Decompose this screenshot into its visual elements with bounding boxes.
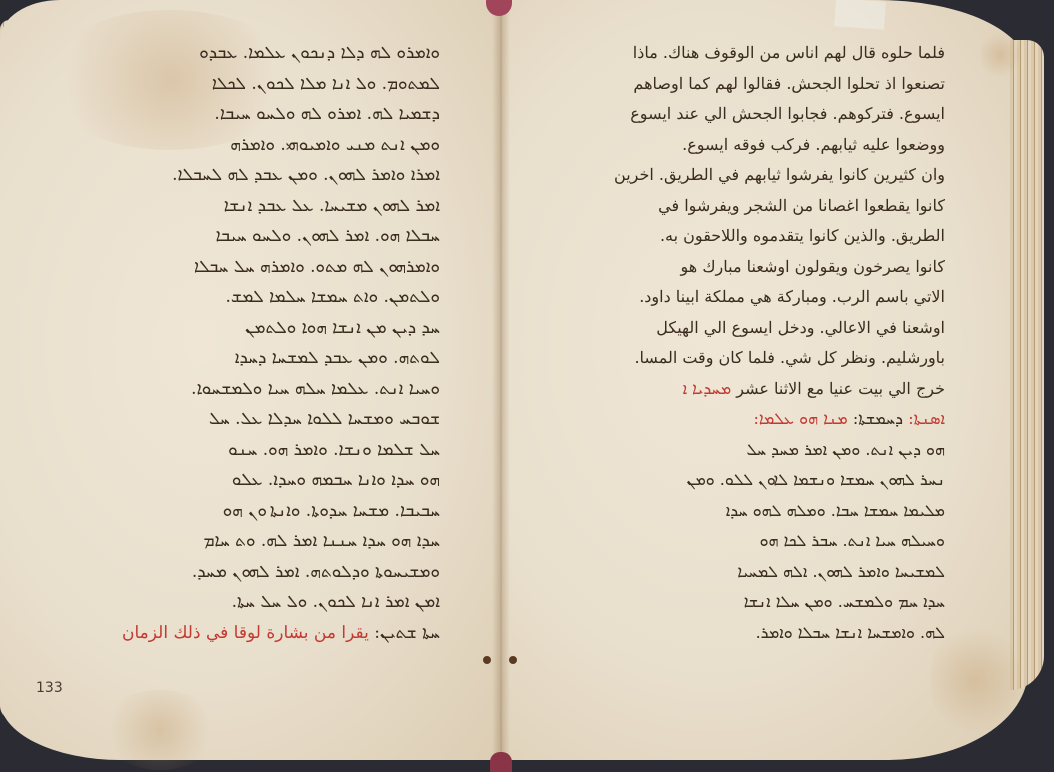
text-line: ܗܘ ܚܕܐ ܘܐܢܐ ܚܒܡܗ ܘܚܕܐ. ܥܠܘ [40,465,440,496]
sewing-hole [483,656,491,664]
text-line: باورشليم. ونظر كل شي. فلما كان وقت المسا… [515,343,945,374]
text-line: ܘܚܝܐ ܐܢܬ. ܥܠܡܐ ܚܠܗ ܚܝܐ ܘܠܡܫܚܘܐ. [40,374,440,405]
text-line: ܢܚܪ ܠܗܘܢ ܚܡܫܐ ܘܢܫܡܐ ܠܐܘܢ ܠܠܘ. ܘܡܢ [515,465,945,496]
text-line: ܐܡܪܐ ܘܐܡܪ ܠܗܘܢ. ܘܡܢ ܥܒܕ ܠܗ ܠܚܒܠܐ. [40,160,440,191]
text-line: ܚܒܝܒܐ. ܡܫܚܐ ܚܕܘܬܐ. ܘܐܢܬܐ ܘܢ ܗܘ [40,496,440,527]
sewing-hole [509,656,517,664]
arabic-rubric: يقرا من بشارة لوقا في ذلك الزمان [122,623,369,643]
water-stain [100,690,220,770]
text-line: ܚܕ ܕܝܢ ܡܢ ܐܢܫܐ ܗܘܐ ܘܠܬܡܢ [40,313,440,344]
text-line: ܡܠܝܡܐ ܚܡܫܐ ܚܒܐ. ܘܡܠܗ ܠܗܘ ܚܕܐ [515,496,945,527]
text-line: ܚܒܠܐ ܗܘ. ܐܡܪ ܠܗܘܢ. ܘܠܚܘ ܚܝܒܐ [40,221,440,252]
syriac-rubric: ܡܚܕܝܐ ܐ [683,379,732,398]
text-line: اوشعنا في الاعالي. ودخل ايسوع الي الهيكل [515,313,945,344]
text-line: ܠܗ. ܘܐܡܫܚܐ ܐܢܫܐ ܚܒܠܐ ܘܐܡܪ. [515,618,945,649]
arabic-text: خرج الي بيت عنيا مع الاثنا عشر [736,379,945,398]
right-text-column: فلما حلوه قال لهم اناس من الوقوف هناك. م… [515,38,945,648]
text-line: ܘܐܡܪܗܘܢ ܠܗ ܡܬܘ. ܘܐܡܪܗ ܚܠ ܚܒܠܐ [40,252,440,283]
syriac-text: ܕܚܡܫܬܐ: [853,409,903,428]
text-line: ܠܘܬܗ. ܘܡܢ ܥܒܕ ܠܡܫܚܐ ܕܚܕܐ [40,343,440,374]
text-line: ܕܫܡܝܐ ܠܗ. ܐܡܪܘ ܠܗ ܘܠܚܘ ܚܝܒܐ. [40,99,440,130]
text-line: ܘܠܬܡܢ. ܘܐܬ ܚܡܫܐ ܚܠܡܐ ܠܡܫ. [40,282,440,313]
text-line: ܐܡܢ ܐܡܪ ܐܢܐ ܠܟܘܢ. ܘܠ ܚܠ ܚܬܐ. [40,587,440,618]
water-stain [980,30,1020,80]
text-line: ايسوع. فتركوهم. فجابوا الجحش الي عند ايس… [515,99,945,130]
text-line: ܘܡܢ ܐܢܬ ܡܢܝ ܘܐܡܝܘܗܝ. ܘܐܡܪܗ [40,130,440,161]
spine-bottom-binding [490,752,512,772]
text-line: ܠܡܫܝܚܐ ܘܐܡܪ ܠܗܘܢ. ܐܠܗ ܠܡܚܝܐ [515,557,945,588]
text-line: الطريق. والذين كانوا يتقدموه واللاحقون ب… [515,221,945,252]
syriac-text: ܚܬܐ ܫܬܝܢ: [374,623,440,643]
left-text-column: ܘܐܡܪܘ ܠܗ ܕܠܐ ܕܢܟܘܢ ܥܠܡܐ. ܥܒܕܘ ܠܡܬܘܡ. ܘܠ … [40,38,440,648]
text-line: ܘܡܫܝܚܘܬܐ ܘܕܠܘܬܗ. ܐܡܪ ܠܗܘܢ ܡܚܕ. [40,557,440,588]
text-line: تصنعوا اذ تحلوا الجحش. فقالوا لهم كما او… [515,69,945,100]
text-line-rubric: ܚܬܐ ܫܬܝܢ: يقرا من بشارة لوقا في ذلك الزم… [40,618,440,649]
text-line: ܘܐܡܪܘ ܠܗ ܕܠܐ ܕܢܟܘܢ ܥܠܡܐ. ܥܒܕܘ [40,38,440,69]
repair-tape [834,0,886,30]
text-line: ܚܕܐ ܚܡ ܘܠܡܫܚ. ܘܡܢ ܚܠܐ ܐܢܫܐ [515,587,945,618]
folio-number: 133 [36,680,63,696]
book-gutter [492,0,510,760]
text-line: ܚܠ ܫܠܡܐ ܘܢܫܐ. ܘܐܡܪ ܗܘ. ܚܢܘ [40,435,440,466]
syriac-rubric: ܡܢܐ ܗܘ ܥܠܡܐ: [753,409,847,428]
text-line: وان كثيرين كانوا يفرشوا ثيابهم في الطريق… [515,160,945,191]
syriac-rubric: ܐܣܢܬܐ: [908,409,945,428]
text-line: ܘܚܝܠܗ ܚܝܐ ܐܢܬ. ܚܒܪ ܠܟܐ ܗܘ [515,526,945,557]
text-line: ܚܕܐ ܗܘ ܚܕܐ ܚܢܢܐ ܐܡܪ ܠܗ. ܘܬ ܚܐܡ [40,526,440,557]
text-line-rubric: خرج الي بيت عنيا مع الاثنا عشر ܡܚܕܝܐ ܐ [515,374,945,405]
text-line: الاتي باسم الرب. ومباركة هي مملكة ابينا … [515,282,945,313]
right-page-edges [1010,40,1044,690]
text-line-rubric: ܐܣܢܬܐ: ܕܚܡܫܬܐ: ܡܢܐ ܗܘ ܥܠܡܐ: [515,404,945,435]
text-line: كانوا يصرخون ويقولون اوشعنا مبارك هو [515,252,945,283]
text-line: ܫܘܒܚ ܘܡܫܚܐ ܠܠܘܐ ܚܕܠܐ ܥܠ. ܚܠ [40,404,440,435]
text-line: كانوا يقطعوا اغصانا من الشجر ويفرشوا في [515,191,945,222]
open-manuscript: ܘܐܡܪܘ ܠܗ ܕܠܐ ܕܢܟܘܢ ܥܠܡܐ. ܥܒܕܘ ܠܡܬܘܡ. ܘܠ … [0,0,1054,772]
text-line: فلما حلوه قال لهم اناس من الوقوف هناك. م… [515,38,945,69]
text-line: ووضعوا عليه ثيابهم. فركب فوقه ايسوع. [515,130,945,161]
text-line: ܗܘ ܕܝܢ ܐܢܬ. ܘܡܢ ܐܡܪ ܡܚܕ ܚܠ [515,435,945,466]
text-line: ܐܡܪ ܠܗܘܢ ܡܫܝܚܐ. ܥܠ ܥܒܕ ܐܢܫܐ [40,191,440,222]
text-line: ܠܡܬܘܡ. ܘܠ ܐܢܐ ܡܠܐ ܠܟܘܢ. ܠܟܠܐ [40,69,440,100]
